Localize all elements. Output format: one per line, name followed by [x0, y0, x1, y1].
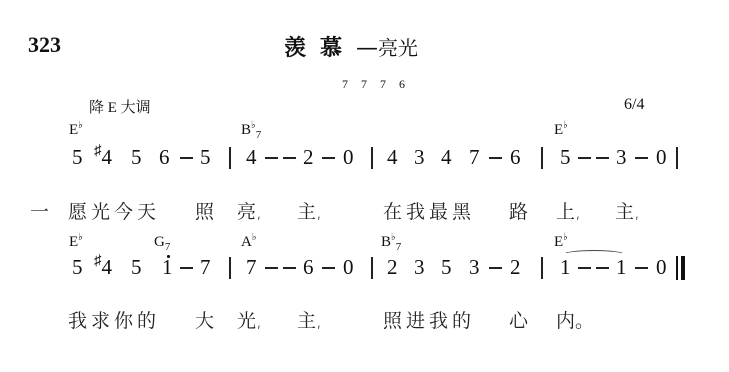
lyric: 心	[509, 306, 528, 333]
dash	[265, 267, 278, 269]
barline	[229, 257, 231, 279]
note-high-1: 1	[162, 255, 173, 280]
note: 0	[343, 255, 354, 280]
lyric: 照	[195, 197, 214, 224]
note: 1	[560, 255, 571, 280]
chord-root: B	[381, 234, 391, 250]
note: 5	[560, 145, 571, 170]
note-sharp-4: ♯4	[94, 145, 112, 170]
lyric: 主,	[297, 197, 322, 224]
lyric: 照进我的	[383, 306, 475, 333]
chord-eb: E♭	[554, 122, 568, 139]
dash	[489, 157, 502, 159]
dash	[322, 157, 335, 159]
dash	[596, 267, 609, 269]
note: 3	[414, 255, 425, 280]
dash	[283, 157, 296, 159]
note: 7	[246, 255, 257, 280]
barline	[229, 147, 231, 169]
lyric: 上,	[556, 197, 581, 224]
title-separator: —	[356, 36, 378, 61]
chord-root: B	[241, 122, 251, 138]
note: 2	[387, 255, 398, 280]
final-barline-thick	[681, 256, 685, 280]
dash	[265, 157, 278, 159]
note: 4	[441, 145, 452, 170]
flat-icon: ♭	[251, 120, 256, 131]
dash	[180, 267, 193, 269]
chord-extension: 7	[165, 241, 171, 253]
chord-extension: 7	[396, 241, 402, 253]
note: 3	[469, 255, 480, 280]
meter: 7 7 7 6	[342, 77, 410, 92]
lyric: 愿光今天	[68, 197, 160, 224]
dash	[578, 157, 591, 159]
chord-root: E	[69, 234, 78, 250]
note: 2	[303, 145, 314, 170]
note: 5	[72, 255, 83, 280]
final-barline-thin	[676, 256, 678, 280]
note: 5	[200, 145, 211, 170]
note: 5	[72, 145, 83, 170]
note: 7	[200, 255, 211, 280]
chord-root: E	[554, 234, 563, 250]
lyric: 大	[195, 306, 214, 333]
key-signature: 降 E 大调	[89, 96, 151, 117]
chord-g7: G7	[154, 234, 170, 253]
lyric: 主,	[615, 197, 640, 224]
note: 3	[414, 145, 425, 170]
note: 6	[510, 145, 521, 170]
chord-eb: E♭	[69, 122, 83, 139]
lyric: 主,	[297, 306, 322, 333]
chord-eb: E♭	[554, 234, 568, 251]
hymn-number: 323	[28, 32, 61, 58]
note: 3	[616, 145, 627, 170]
dash	[322, 267, 335, 269]
dash	[596, 157, 609, 159]
flat-icon: ♭	[78, 120, 83, 131]
note: 5	[131, 255, 142, 280]
hymn-title: 羡慕—亮光	[284, 31, 418, 62]
lyric: 内。	[556, 306, 594, 333]
flat-icon: ♭	[563, 120, 568, 131]
lyric: 光,	[237, 306, 262, 333]
barline	[541, 257, 543, 279]
lyric: 亮,	[237, 197, 262, 224]
note: 7	[469, 145, 480, 170]
note: 4	[246, 145, 257, 170]
note: 2	[510, 255, 521, 280]
chord-eb: E♭	[69, 234, 83, 251]
sharp-icon: ♯	[94, 253, 102, 269]
verse-number: 一	[30, 197, 49, 224]
flat-icon: ♭	[252, 232, 257, 243]
note: 0	[343, 145, 354, 170]
flat-icon: ♭	[78, 232, 83, 243]
flat-icon: ♭	[563, 232, 568, 243]
dash	[283, 267, 296, 269]
title-subtitle: 亮光	[378, 36, 418, 60]
dash	[180, 157, 193, 159]
note: 5	[131, 145, 142, 170]
lyric: 路	[509, 197, 528, 224]
note: 0	[656, 255, 667, 280]
lyric: 在我最黑	[383, 197, 475, 224]
lyric: 我求你的	[68, 306, 160, 333]
chord-extension: 7	[256, 129, 262, 141]
time-signature: 6/4	[624, 96, 644, 114]
dash	[578, 267, 591, 269]
chord-root: G	[154, 234, 165, 250]
chord-ab: A♭	[241, 234, 257, 251]
dash	[635, 157, 648, 159]
chord-bb7: B♭7	[381, 234, 401, 253]
chord-root: E	[554, 122, 563, 138]
note: 6	[159, 145, 170, 170]
note: 5	[441, 255, 452, 280]
chord-bb7: B♭7	[241, 122, 261, 141]
flat-icon: ♭	[391, 232, 396, 243]
chord-root: A	[241, 234, 252, 250]
sharp-icon: ♯	[94, 143, 102, 159]
barline	[371, 147, 373, 169]
barline	[371, 257, 373, 279]
barline	[541, 147, 543, 169]
note: 1	[616, 255, 627, 280]
title-main: 羡慕	[284, 36, 356, 61]
barline	[676, 147, 678, 169]
dash	[635, 267, 648, 269]
note: 6	[303, 255, 314, 280]
note-sharp-4: ♯4	[94, 255, 112, 280]
note: 0	[656, 145, 667, 170]
dash	[489, 267, 502, 269]
chord-root: E	[69, 122, 78, 138]
note: 4	[387, 145, 398, 170]
